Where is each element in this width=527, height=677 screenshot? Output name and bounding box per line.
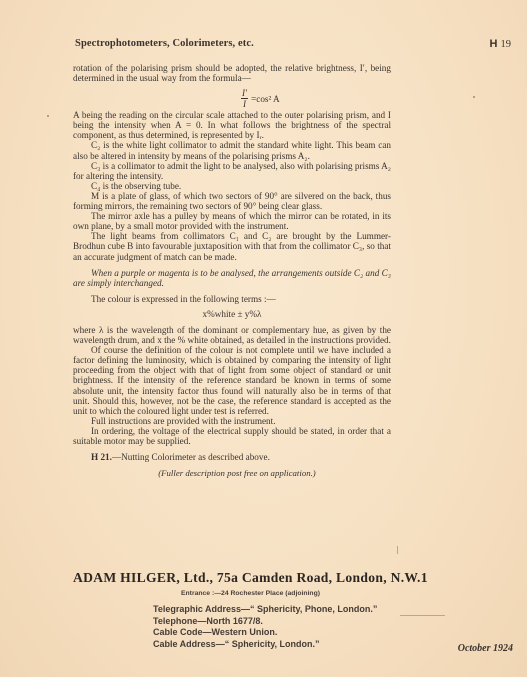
intro-paragraph: rotation of the polarising prism should … — [73, 63, 391, 83]
instructions-paragraph: Full instructions are provided with the … — [73, 416, 391, 426]
paragraph-mirror-axle: The mirror axle has a pulley by means of… — [73, 211, 391, 231]
formula-rhs: =cos² A — [251, 94, 280, 104]
publisher-footer: ADAM HILGER, Ltd., 75a Camden Road, Lond… — [73, 570, 513, 586]
company-line: ADAM HILGER, Ltd., 75a Camden Road, Lond… — [73, 570, 513, 586]
cable-code: Cable Code—Western Union. — [153, 627, 377, 639]
ordering-paragraph: In ordering, the voltage of the electric… — [73, 426, 391, 446]
paragraph-mirror-plate: M is a plate of glass, of which two sect… — [73, 191, 391, 211]
page-number-value: 19 — [501, 39, 512, 50]
brightness-formula: I′ I =cos² A — [241, 88, 280, 109]
catalogue-page: Spectrophotometers, Colorimeters, etc. H… — [0, 0, 527, 677]
paragraph-scale: A being the reading on the circular scal… — [73, 110, 391, 140]
page-header: Spectrophotometers, Colorimeters, etc. H… — [75, 38, 511, 52]
cable-address: Cable Address—“ Sphericity, London.” — [153, 639, 377, 651]
publication-date: October 1924 — [458, 643, 513, 654]
italic-note: When a purple or magenta is to be analys… — [73, 268, 391, 288]
telegraphic-address: Telegraphic Address—“ Sphericity, Phone,… — [153, 604, 377, 616]
paragraph-light-beams: The light beams from collimators C₁ and … — [73, 231, 391, 261]
item-description: —Nutting Colorimeter as described above. — [112, 452, 270, 462]
telephone: Telephone—North 1677/8. — [153, 616, 377, 628]
formula-fraction: I′ I — [241, 88, 248, 109]
paper-speck — [473, 96, 475, 98]
section-title: Spectrophotometers, Colorimeters, etc. — [75, 38, 254, 49]
formula-numerator: I′ — [241, 88, 248, 99]
where-paragraph: where λ is the wavelength of the dominan… — [73, 325, 391, 345]
luminosity-paragraph: Of course the definition of the colour i… — [73, 345, 391, 416]
formula-denominator: I — [243, 99, 246, 109]
entrance-line: Entrance :—24 Rochester Place (adjoining… — [181, 590, 320, 597]
paper-speck — [47, 115, 49, 117]
page-letter: H — [490, 38, 498, 50]
colour-formula: x%white ± y%λ — [73, 309, 391, 319]
paragraph-c3: C₃ is a collimator to admit the light to… — [73, 161, 391, 181]
contact-block: Telegraphic Address—“ Sphericity, Phone,… — [153, 604, 377, 650]
item-code: H 21. — [91, 452, 112, 462]
paper-mark — [400, 615, 445, 616]
colour-intro: The colour is expressed in the following… — [73, 294, 391, 304]
paragraph-c2: C₂ is the white light collimator to admi… — [73, 140, 391, 160]
body-text: rotation of the polarising prism should … — [73, 63, 391, 478]
formula-spacer — [73, 83, 391, 110]
paper-mark — [397, 546, 398, 554]
item-line: H 21.—Nutting Colorimeter as described a… — [73, 452, 391, 462]
page-number: H19 — [490, 38, 511, 50]
paragraph-c4: C₄ is the observing tube. — [73, 181, 391, 191]
fuller-description-note: (Fuller description post free on applica… — [73, 468, 391, 478]
